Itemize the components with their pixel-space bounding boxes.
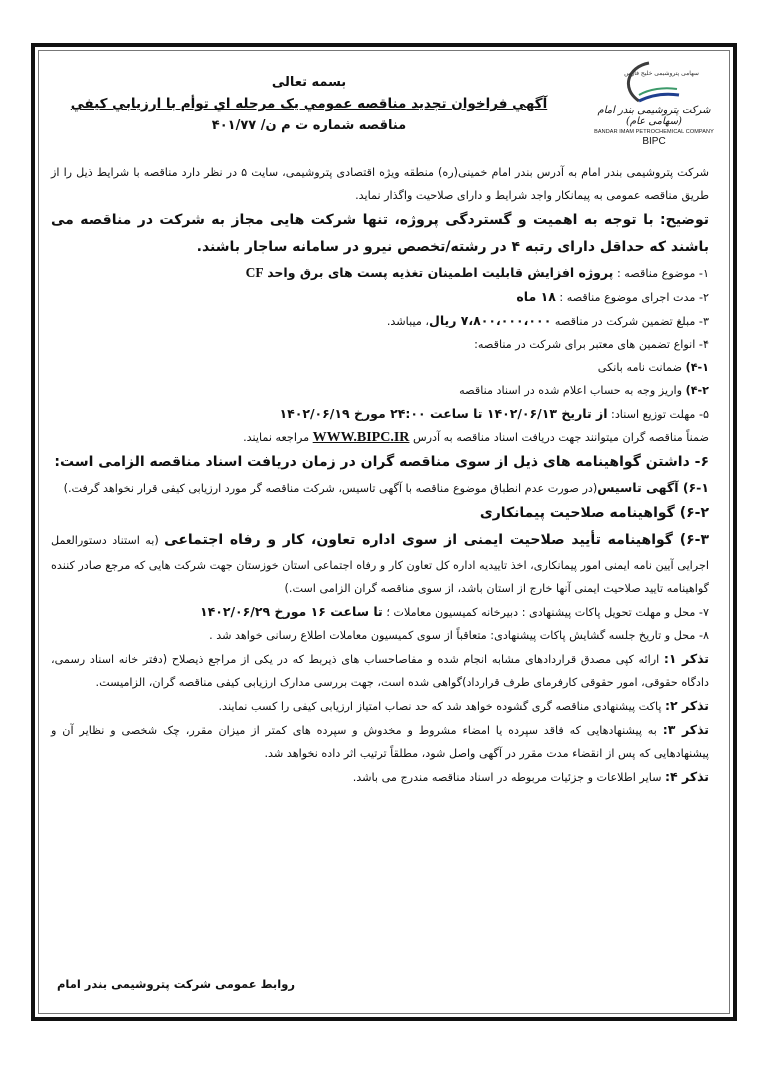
item-4: ۴- انواع تضمین های معتبر برای شرکت در من… — [51, 333, 709, 356]
item-6-title: ۶- داشتن گواهینامه های ذیل از سوی مناقصه… — [51, 449, 709, 476]
note-4: تذکر ۴: سایر اطلاعات و جزئیات مربوطه در … — [51, 765, 709, 789]
item-3-label: ۳- مبلغ تضمین شرکت در مناقصه — [551, 315, 709, 328]
item-3-suffix: ، میباشد. — [387, 315, 429, 328]
item-6-1-text: (در صورت عدم انطباق موضوع مناقصه با آگهی… — [64, 482, 598, 495]
item-2-label: ۲- مدت اجرای موضوع مناقصه : — [556, 291, 709, 304]
logo-abbr: BIPC — [589, 136, 719, 147]
item-2: ۲- مدت اجرای موضوع مناقصه : ۱۸ ماه — [51, 285, 709, 309]
item-5-note-end: مراجعه نمایند. — [243, 431, 313, 444]
item-4-1-text: ضمانت نامه بانکی — [598, 361, 686, 374]
header: بسمه تعالی آگهي فراخوان تجديد مناقصه عمو… — [39, 75, 729, 133]
item-4-1: ۴-۱) ضمانت نامه بانکی — [51, 356, 709, 379]
note-4-text: سایر اطلاعات و جزئیات مربوطه در اسناد من… — [353, 771, 665, 784]
item-6-3: ۶-۳) گواهینامه تأیید صلاحیت ایمنی از سوی… — [51, 527, 709, 600]
note-4-head: تذکر ۴: — [665, 769, 709, 784]
item-5-note-text: ضمناً مناقصه گران میتوانند جهت دریافت اس… — [409, 431, 709, 444]
item-6-1: ۶-۱) آگهی تاسیس(در صورت عدم انطباق موضوع… — [51, 476, 709, 500]
item-6-3-head: ۶-۳) گواهینامه تأیید صلاحیت ایمنی از سوی… — [164, 532, 709, 548]
item-5: ۵- مهلت توزیع اسناد: از تاریخ ۱۴۰۲/۰۶/۱۳… — [51, 402, 709, 426]
item-3: ۳- مبلغ تضمین شرکت در مناقصه ۷،۸۰۰،۰۰۰،۰… — [51, 309, 709, 333]
note-2-text: پاکت پیشنهادی مناقصه گری گشوده خواهد شد … — [219, 700, 666, 713]
item-5-value: از تاریخ ۱۴۰۲/۰۶/۱۳ تا ساعت ۲۴:۰۰ مورخ ۱… — [279, 406, 607, 421]
note-2-head: تذکر ۲: — [665, 698, 709, 713]
note-3-head: تذکر ۳: — [663, 722, 709, 737]
item-6-2: ۶-۲) گواهینامه صلاحیت پیمانکاری — [51, 500, 709, 527]
item-7-label: ۷- محل و مهلت تحویل پاکات پیشنهادی : دبی… — [383, 606, 709, 619]
item-4-1-num: ۴-۱) — [686, 361, 709, 374]
item-4-2-num: ۴-۲) — [686, 384, 709, 397]
item-7: ۷- محل و مهلت تحویل پاکات پیشنهادی : دبی… — [51, 600, 709, 624]
item-2-value: ۱۸ ماه — [516, 289, 555, 304]
item-4-2-text: واریز وجه به حساب اعلام شده در اسناد منا… — [459, 384, 685, 397]
tender-number: مناقصه شماره ت م ن/ ۴۰۱/۷۷ — [39, 118, 729, 133]
item-1-value: پروژه افزایش قابلیت اطمینان تغذیه پست ها… — [267, 265, 613, 280]
document-frame: شرکت سهامی پتروشیمی خلیج فارس شرکت پتروش… — [31, 43, 737, 1021]
item-7-value: تا ساعت ۱۶ مورخ ۱۴۰۲/۰۶/۲۹ — [200, 604, 383, 619]
item-5-label: ۵- مهلت توزیع اسناد: — [608, 408, 710, 421]
item-1-label: ۱- موضوع مناقصه : — [613, 267, 709, 280]
item-4-2: ۴-۲) واریز وجه به حساب اعلام شده در اسنا… — [51, 379, 709, 402]
page-title: آگهي فراخوان تجديد مناقصه عمومي يک مرحله… — [39, 96, 729, 112]
item-1-unit: CF — [246, 265, 264, 280]
intro-paragraph: شرکت پتروشیمی بندر امام به آدرس بندر اما… — [51, 161, 709, 207]
note-3: تذکر ۳: به پیشنهادهایی که فاقد سپرده یا … — [51, 718, 709, 765]
document-inner-border: شرکت سهامی پتروشیمی خلیج فارس شرکت پتروش… — [38, 50, 730, 1014]
note-1: تذکر ۱: ارائه کپی مصدق قراردادهای مشابه … — [51, 647, 709, 694]
document-body: شرکت پتروشیمی بندر امام به آدرس بندر اما… — [51, 161, 709, 789]
website-link[interactable]: WWW.BIPC.IR — [313, 430, 410, 445]
note-3-text: به پیشنهادهایی که فاقد سپرده یا امضاء مش… — [51, 724, 709, 760]
item-5-note: ضمناً مناقصه گران میتوانند جهت دریافت اس… — [51, 426, 709, 449]
note-2: تذکر ۲: پاکت پیشنهادی مناقصه گری گشوده خ… — [51, 694, 709, 718]
note-1-text: ارائه کپی مصدق قراردادهای مشابه انجام شد… — [51, 653, 709, 689]
note-paragraph: توضیح: با توجه به اهمیت و گستردگی پروژه،… — [51, 207, 709, 261]
note-1-head: تذکر ۱: — [664, 651, 709, 666]
item-3-value: ۷،۸۰۰،۰۰۰،۰۰۰ ریال — [429, 313, 551, 328]
bismillah: بسمه تعالی — [39, 75, 579, 90]
item-6-1-head: ۶-۱) آگهی تاسیس — [597, 480, 709, 495]
signature: روابط عمومی شرکت پتروشیمی بندر امام — [57, 977, 295, 991]
item-8: ۸- محل و تاریخ جلسه گشایش پاکات پیشنهادی… — [51, 624, 709, 647]
item-1: ۱- موضوع مناقصه : پروژه افزایش قابلیت اط… — [51, 261, 709, 285]
